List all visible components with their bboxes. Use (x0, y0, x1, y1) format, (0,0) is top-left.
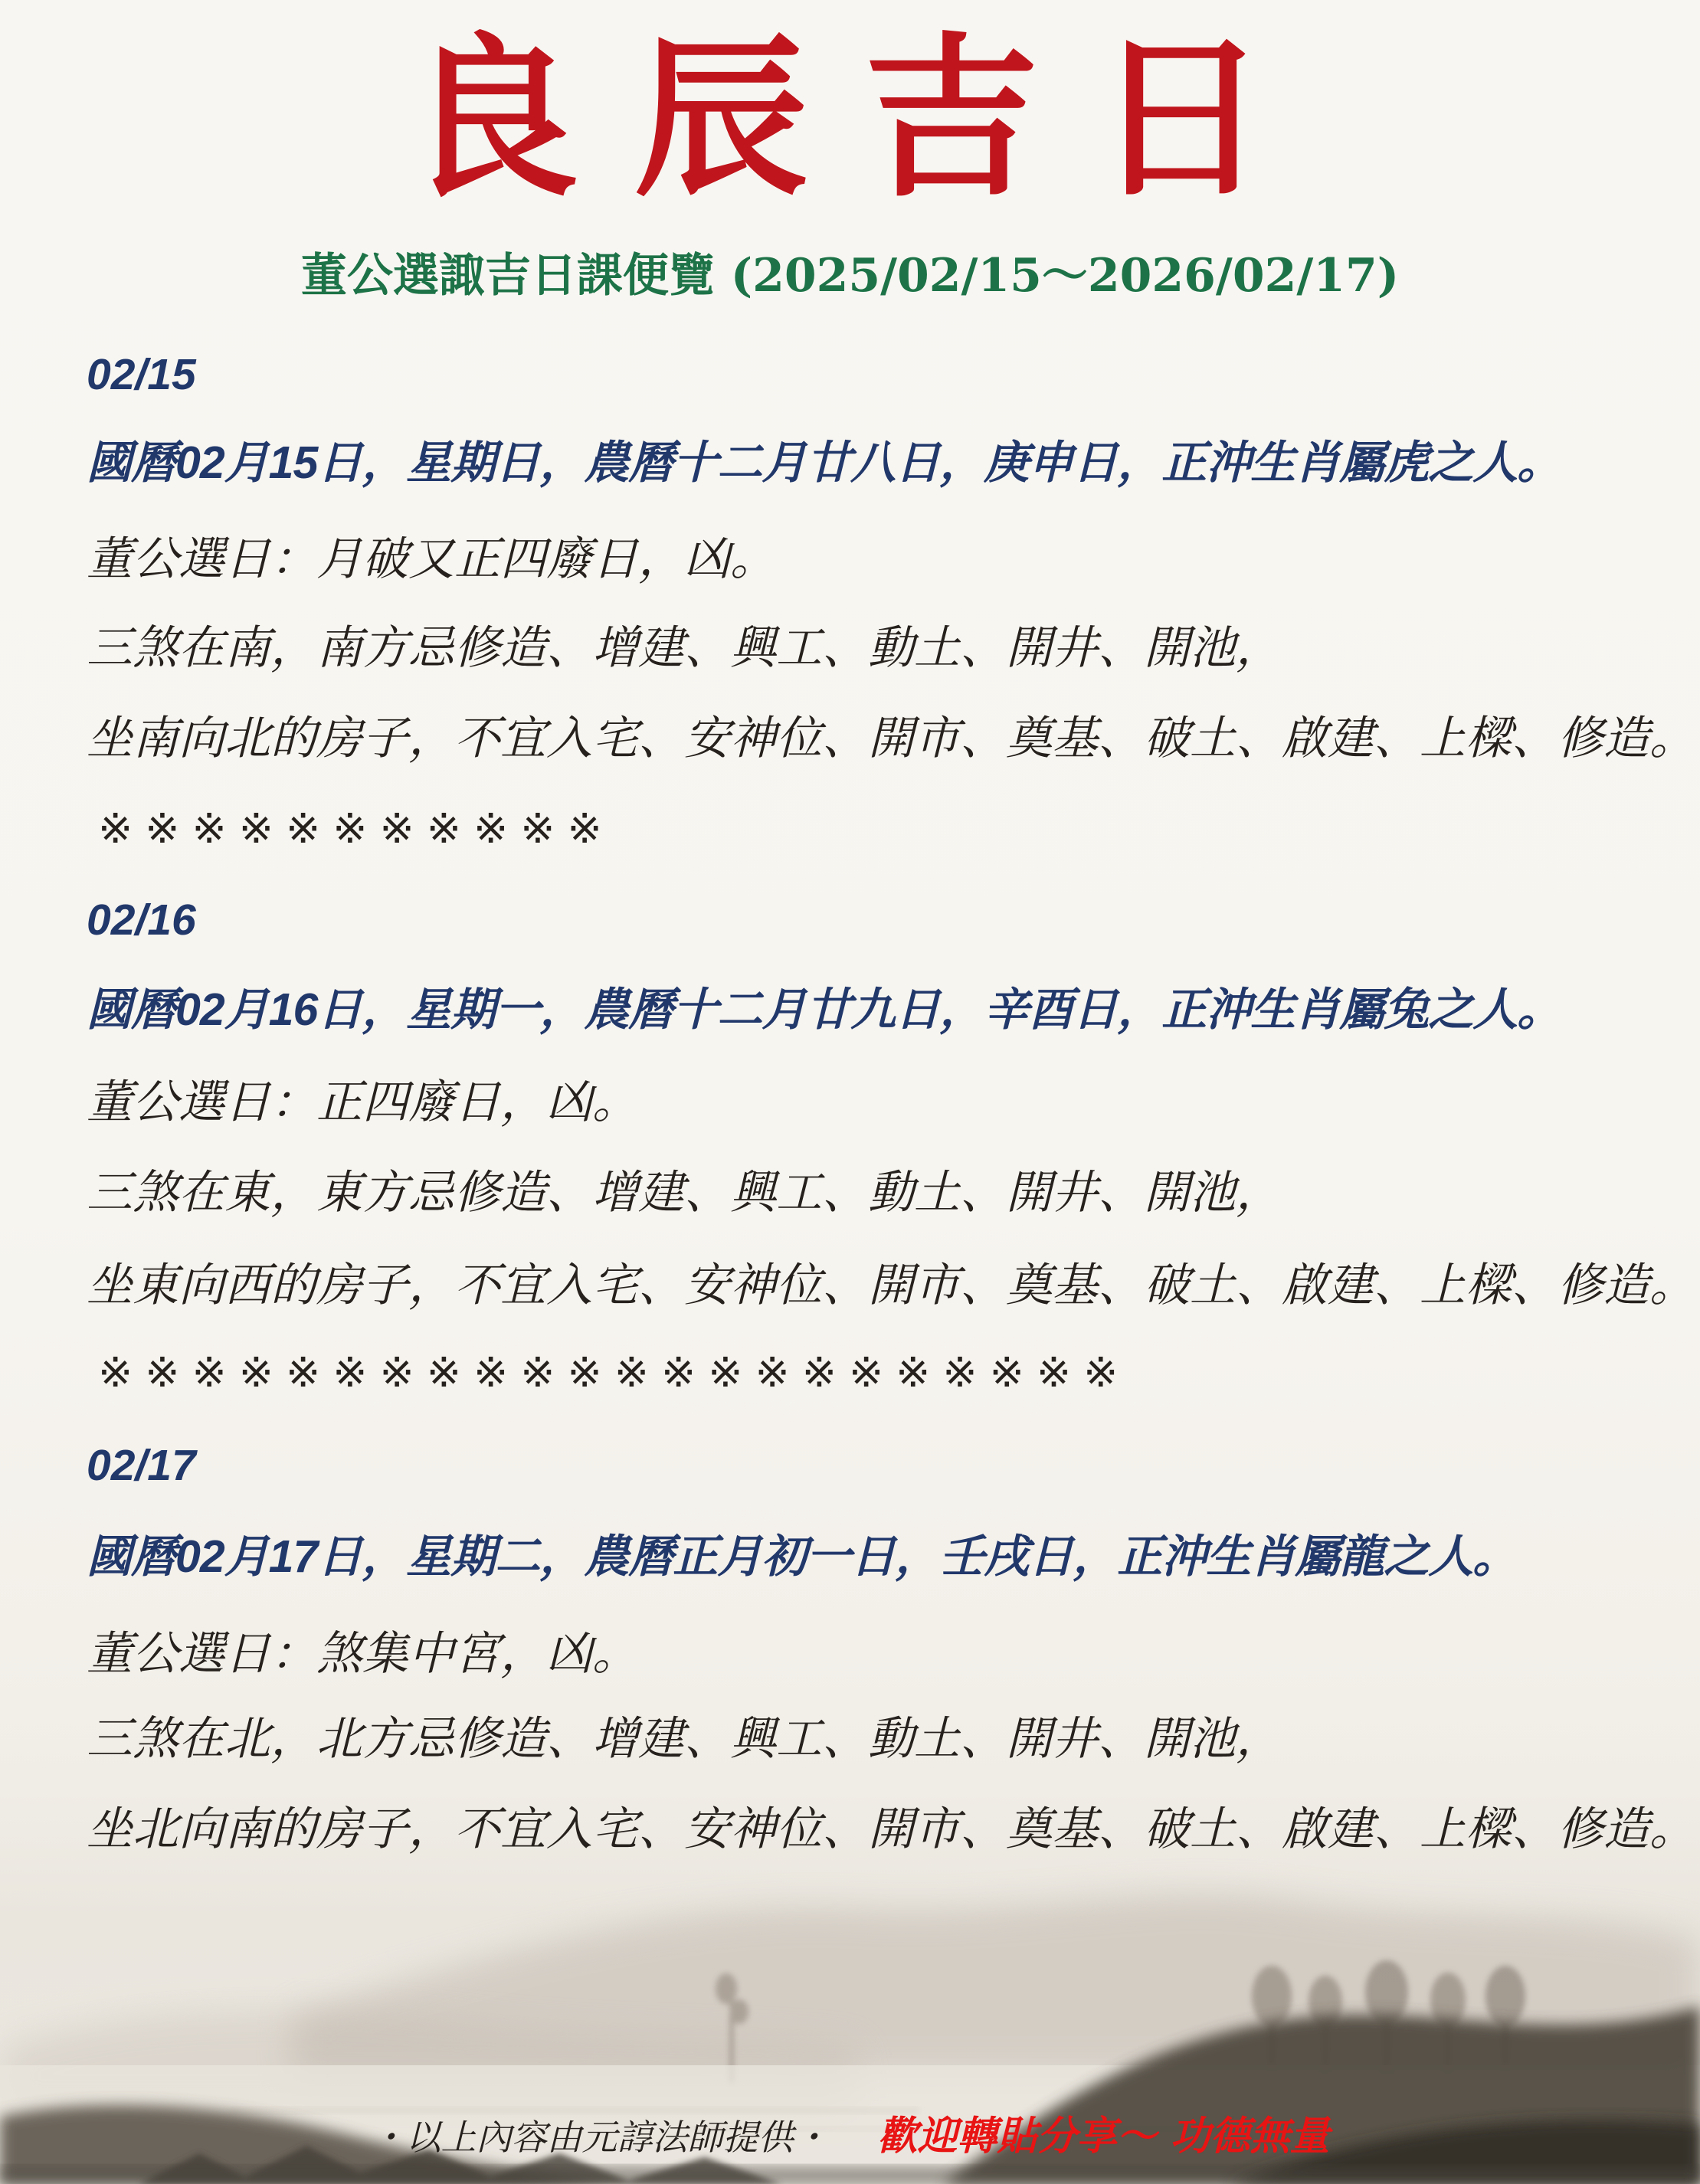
calendar-line-0215: 國曆02月15日，星期日，農曆十二月廿八日，庚申日，正沖生肖屬虎之人。 (87, 438, 1561, 488)
separator-row-2: ※※※※※※※※※※※※※※※※※※※※※※ (98, 1350, 1130, 1395)
page-title: 良辰吉日 (0, 32, 1700, 207)
footer: ・以上內容由元諄法師提供・歡迎轉貼分享～ 功德無量 (0, 2104, 1700, 2161)
section-date-0215: 02/15 (87, 351, 196, 399)
calendar-line-0216: 國曆02月16日，星期一，農曆十二月廿九日，辛酉日，正沖生肖屬兔之人。 (87, 985, 1561, 1035)
page-subtitle: 董公選諏吉日課便覽 (2025/02/15～2026/02/17) (0, 239, 1700, 305)
calendar-line-0217: 國曆02月17日，星期二，農曆正月初一日，壬戌日，正沖生肖屬龍之人。 (87, 1532, 1517, 1582)
section-date-0217: 02/17 (87, 1442, 196, 1490)
footer-share-text: 歡迎轉貼分享～ 功德無量 (877, 2113, 1329, 2159)
sansha-line-0216: 三煞在東，東方忌修造、增建、興工、動土、開井、開池， (87, 1167, 1282, 1218)
separator-row-1: ※※※※※※※※※※※ (98, 806, 614, 851)
selection-line-0215: 董公選日：月破又正四廢日，凶。 (87, 534, 776, 584)
house-line-0215: 坐南向北的房子，不宜入宅、安神位、開市、奠基、破土、啟建、上樑、修造。 (87, 713, 1695, 764)
house-line-0217: 坐北向南的房子，不宜入宅、安神位、開市、奠基、破土、啟建、上樑、修造。 (87, 1804, 1695, 1855)
bottom-dark-band (0, 2167, 1700, 2184)
sansha-line-0217: 三煞在北，北方忌修造、增建、興工、動土、開井、開池， (87, 1714, 1282, 1764)
footer-provider-text: ・以上內容由元諄法師提供・ (370, 2117, 828, 2158)
sansha-line-0215: 三煞在南，南方忌修造、增建、興工、動土、開井、開池， (87, 623, 1282, 673)
section-date-0216: 02/16 (87, 896, 196, 945)
selection-line-0216: 董公選日：正四廢日，凶。 (87, 1077, 638, 1128)
selection-line-0217: 董公選日：煞集中宮，凶。 (87, 1629, 638, 1679)
almanac-poster: 良辰吉日 董公選諏吉日課便覽 (2025/02/15～2026/02/17) 0… (0, 0, 1700, 2184)
house-line-0216: 坐東向西的房子，不宜入宅、安神位、開市、奠基、破土、啟建、上樑、修造。 (87, 1260, 1695, 1311)
